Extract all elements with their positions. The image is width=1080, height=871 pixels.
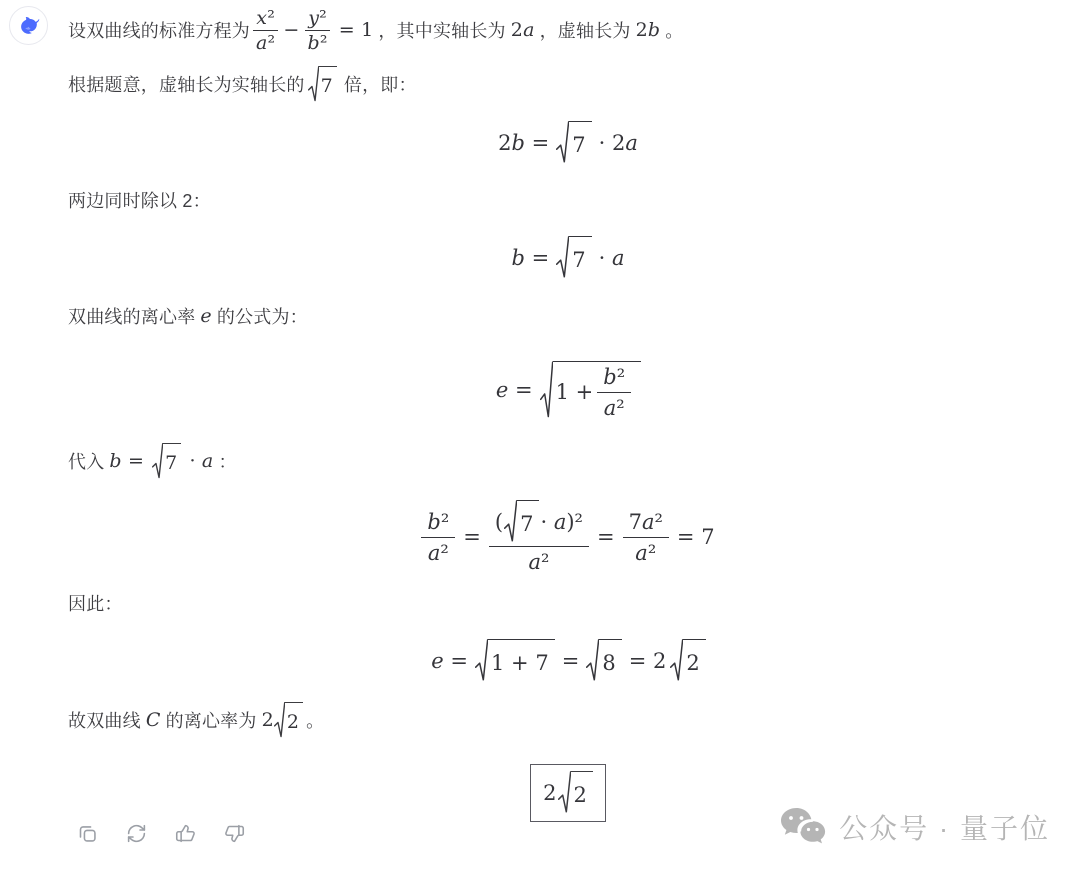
math-token: b = [512,246,550,270]
sqrt-1plus7: 1 + 7 [475,639,555,682]
radical-sign [558,771,571,814]
math-token: e = [496,378,533,402]
radical-sign [670,639,683,682]
radical-sign [556,236,569,279]
math-token: 2 [543,781,556,805]
math-token: · 2a [599,131,638,155]
regenerate-button[interactable] [125,822,147,844]
radical-sign [556,121,569,164]
paragraph-eccentricity-formula: 双曲线的离心率 e 的公式为： [68,302,308,330]
assistant-avatar [9,6,48,45]
text: 因此： [68,590,123,616]
math-token: = 1 [339,19,374,41]
paragraph-therefore: 因此： [68,589,123,617]
math-token: e [200,305,211,327]
thumbs-down-icon [224,823,245,844]
inline-fraction-y2b2: y² b² [304,7,330,54]
regenerate-icon [126,823,147,844]
watermark-text: 公众号 · 量子位 [839,807,1050,847]
math-token: = 7 [677,525,715,549]
radical-sign [274,702,285,739]
wechat-icon [779,806,827,847]
equation-substitution: b² a² = ( 7 · a)² a² = 7a² a² = 7 [68,502,1068,572]
math-token: · a [189,450,213,472]
fraction-b2a2: b² a² [421,510,455,565]
sqrt-7: 7 [308,66,337,103]
text: 。 [306,707,324,733]
text: 。 [665,17,683,43]
math-token: b = [109,450,144,472]
text: 的公式为： [217,303,308,329]
paragraph-condition: 根据题意，虚轴长为实轴长的 7 倍，即： [68,66,417,102]
math-token: e = [431,649,468,673]
thumbs-up-button[interactable] [174,822,196,844]
equals-sign: = [562,649,580,673]
minus-sign: − [283,19,299,41]
fraction-b2a2: b² a² [597,365,631,420]
text: 两边同时除以 2： [68,187,211,213]
text: 设双曲线的标准方程为 [68,17,250,43]
text: ： [218,448,236,474]
text: 倍，即： [344,71,417,97]
sqrt-7: 7 [556,121,591,164]
thumbs-up-icon [175,823,196,844]
boxed-answer: 2 2 [530,764,606,822]
equals-sign: = [463,525,481,549]
inline-fraction-x2a2: x² a² [253,7,278,54]
math-token: · a [599,246,625,270]
text: 代入 [68,448,104,474]
deepseek-whale-icon [16,13,41,38]
math-token: 1 + [556,380,594,404]
paragraph-substitute: 代入 b = 7 · a ： [68,443,237,479]
radical-sign [504,500,517,543]
sqrt-2: 2 [558,771,593,814]
radical-sign [152,443,163,480]
equation-b: b = 7 · a [68,239,1068,277]
sqrt-big: 1 + b² a² [540,361,642,420]
math-token: 2 [262,709,274,731]
sqrt-2: 2 [670,639,705,682]
sqrt-7: 7 [504,500,539,543]
math-token: 2a [511,19,535,41]
sqrt-7: 7 [152,443,181,480]
text: 故双曲线 [68,707,141,733]
thumbs-down-button[interactable] [223,822,245,844]
watermark: 公众号 · 量子位 [779,806,1050,847]
math-token: 2b [636,19,661,41]
sqrt-7: 7 [556,236,591,279]
text: 双曲线的离心率 [68,303,195,329]
chat-response-page: 设双曲线的标准方程为 x² a² − y² b² = 1 ，其中实轴长为 2a … [0,0,1080,871]
paragraph-conclusion: 故双曲线 C 的离心率为 2 2 。 [68,702,324,738]
radical-sign [540,361,553,420]
sqrt-8: 8 [586,639,621,682]
radical-sign [475,639,488,682]
math-token: C [146,709,161,731]
equation-e-formula: e = 1 + b² a² [68,351,1068,429]
text: ，其中实轴长为 [378,17,505,43]
text: 根据题意，虚轴长为实轴长的 [68,71,305,97]
radical-sign [308,66,319,103]
text: ，虚轴长为 [540,17,631,43]
message-toolbar [76,822,245,844]
paragraph-setup: 设双曲线的标准方程为 x² a² − y² b² = 1 ，其中实轴长为 2a … [68,8,683,52]
copy-icon [77,823,98,844]
radical-sign [586,639,599,682]
fraction-7a2a2: 7a² a² [623,510,669,565]
equals-sign: = [597,525,615,549]
copy-button[interactable] [76,822,98,844]
sqrt-2: 2 [274,702,303,739]
math-token: 2b = [498,131,549,155]
text: 的离心率为 [166,707,257,733]
equation-2b: 2b = 7 · 2a [68,125,1068,161]
math-token: = 2 [629,649,667,673]
fraction-sqrt7a-squared: ( 7 · a)² a² [489,500,589,574]
equation-result: e = 1 + 7 = 8 = 2 2 [68,642,1068,680]
paragraph-divide: 两边同时除以 2： [68,186,211,214]
